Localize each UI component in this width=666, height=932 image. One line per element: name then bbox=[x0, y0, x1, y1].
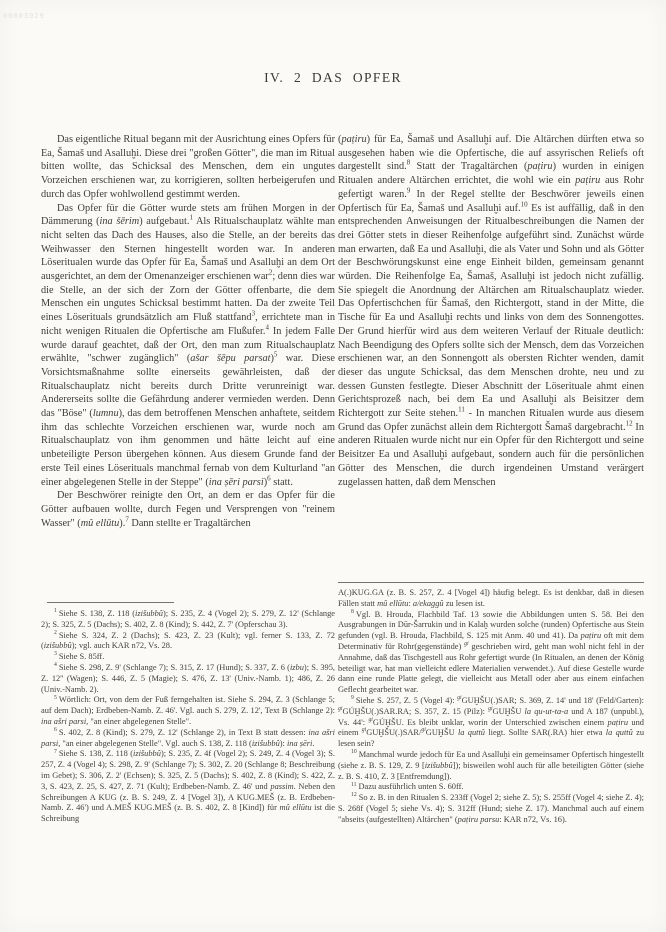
footnote: 2Siehe S. 324, Z. 2 (Dachs); S. 423, Z. … bbox=[41, 631, 335, 653]
footnote: 12So z. B. in den Ritualen S. 233ff (Vog… bbox=[338, 793, 644, 825]
paragraph: (paṭiru) für Ea, Šamaš und Asalluḫi auf.… bbox=[338, 133, 644, 489]
footnote: 9Siehe S. 257, Z. 5 (Vogel 4): giGUḪŠU(.… bbox=[338, 696, 644, 750]
footnote-number: 8 bbox=[351, 609, 354, 615]
footnote: 5Wörtlich: Ort, von dem der Fuß ferngeha… bbox=[41, 695, 335, 727]
footnote-number: 4 bbox=[54, 662, 57, 668]
footnote: 6S. 402, Z. 8 (Kind); S. 279, Z. 12' (Sc… bbox=[41, 728, 335, 750]
footnote-text: S. 402, Z. 8 (Kind); S. 279, Z. 12' (Sch… bbox=[41, 728, 335, 748]
footnote-text: Siehe S. 138, Z. 118 (izišubbû); S. 235,… bbox=[41, 609, 335, 629]
footnote-number: 11 bbox=[351, 782, 357, 788]
footnote: 1Siehe S. 138, Z. 118 (izišubbû); S. 235… bbox=[41, 609, 335, 631]
footnote-number: 1 bbox=[54, 608, 57, 614]
footnote: 11Dazu ausführlich unten S. 60ff. bbox=[338, 782, 644, 793]
footnote-number: 6 bbox=[54, 727, 57, 733]
main-text-right-column: (paṭiru) für Ea, Šamaš und Asalluḫi auf.… bbox=[338, 133, 644, 489]
scan-stamp: 00003029 bbox=[3, 12, 45, 20]
footnote: 3Siehe S. 85ff. bbox=[41, 652, 335, 663]
footnotes-right-column: A(.)KUG.GA (z. B. S. 257, Z. 4 [Vogel 4]… bbox=[338, 588, 644, 826]
footnote-text: Siehe S. 324, Z. 2 (Dachs); S. 423, Z. 2… bbox=[41, 631, 335, 651]
footnote-text: Manchmal wurde jedoch für Ea und Asalluḫ… bbox=[338, 750, 644, 781]
footnote-number: 7 bbox=[54, 749, 57, 755]
footnote-text: Siehe S. 138, Z. 118 (izišubbû); S. 235,… bbox=[41, 749, 335, 823]
footnotes-left-column: 1Siehe S. 138, Z. 118 (izišubbû); S. 235… bbox=[41, 609, 335, 825]
footnote: 10Manchmal wurde jedoch für Ea und Asall… bbox=[338, 750, 644, 782]
page-title: IV. 2 DAS OPFER bbox=[0, 70, 666, 86]
paragraph: Das eigentliche Ritual begann mit der Au… bbox=[41, 133, 335, 202]
footnote-number: 12 bbox=[351, 792, 357, 798]
footnote-number: 10 bbox=[351, 749, 357, 755]
footnote-text: So z. B. in den Ritualen S. 233ff (Vogel… bbox=[338, 793, 644, 824]
footnote-text: Siehe S. 85ff. bbox=[59, 652, 104, 661]
footnote-number: 2 bbox=[54, 630, 57, 636]
book-page: 00003029 IV. 2 DAS OPFER Das eigentliche… bbox=[0, 0, 666, 932]
paragraph: Das Opfer für die Götter wurde stets am … bbox=[41, 202, 335, 490]
footnote-separator-right bbox=[338, 582, 644, 583]
paragraph: Der Beschwörer reinigte den Ort, an dem … bbox=[41, 489, 335, 530]
footnote-text: Siehe S. 257, Z. 5 (Vogel 4): giGUḪŠU(.)… bbox=[338, 696, 644, 748]
main-text-left-column: Das eigentliche Ritual begann mit der Au… bbox=[41, 133, 335, 530]
footnote: 8Vgl. B. Hrouda, Flachbild Taf. 13 sowie… bbox=[338, 610, 644, 696]
footnote-text: Siehe S. 298, Z. 9' (Schlange 7); S. 315… bbox=[41, 663, 335, 694]
footnote-text: Wörtlich: Ort, von dem der Fuß ferngehal… bbox=[41, 695, 335, 726]
footnote: 4Siehe S. 298, Z. 9' (Schlange 7); S. 31… bbox=[41, 663, 335, 695]
footnote-number: 3 bbox=[54, 651, 57, 657]
footnote-number: 5 bbox=[54, 695, 57, 701]
footnote-text: Vgl. B. Hrouda, Flachbild Taf. 13 sowie … bbox=[338, 610, 644, 695]
footnote: 7Siehe S. 138, Z. 118 (izišubbû); S. 235… bbox=[41, 749, 335, 825]
footnote-text: Dazu ausführlich unten S. 60ff. bbox=[359, 782, 464, 791]
footnote-separator-left bbox=[47, 602, 174, 603]
footnote-continuation: A(.)KUG.GA (z. B. S. 257, Z. 4 [Vogel 4]… bbox=[338, 588, 644, 610]
footnote-number: 9 bbox=[351, 695, 354, 701]
